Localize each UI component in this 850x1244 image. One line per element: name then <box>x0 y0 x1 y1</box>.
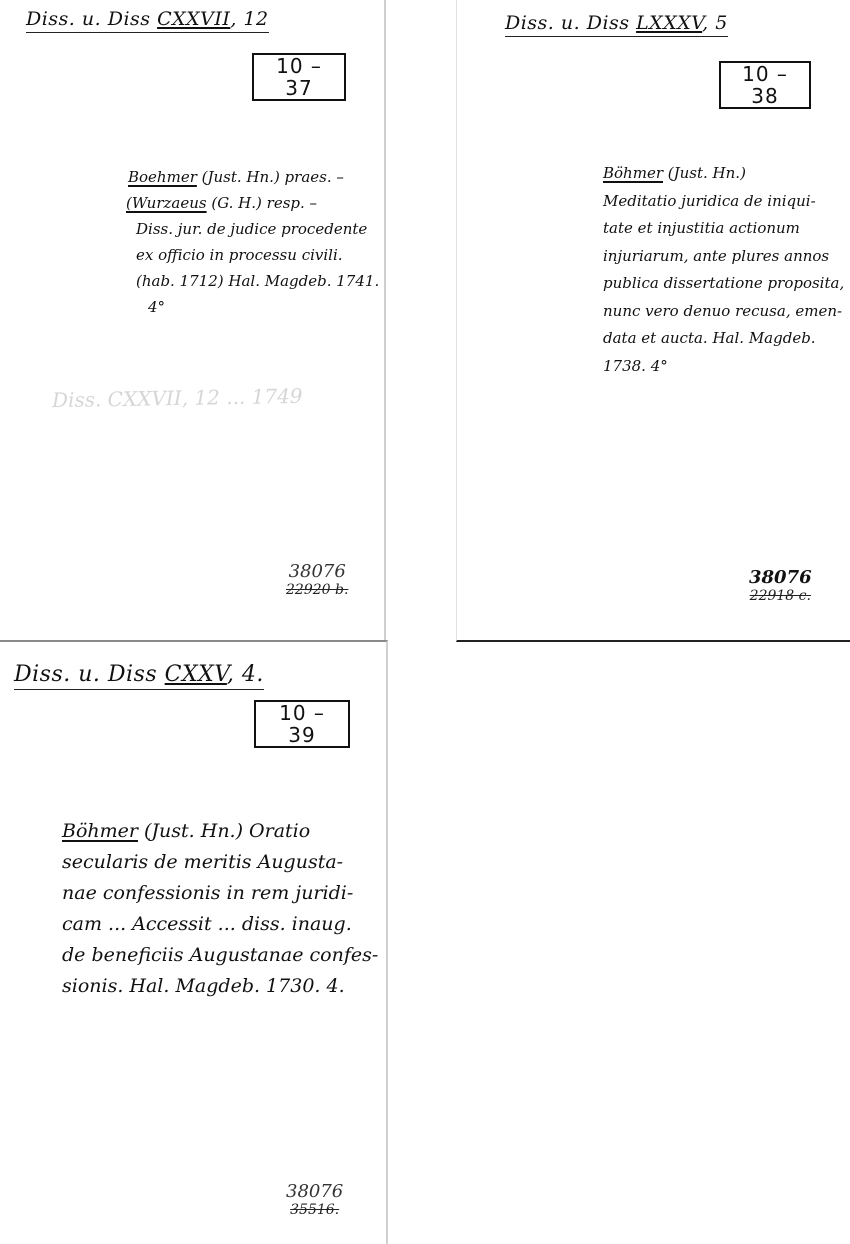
entry-line: Diss. jur. de judice procedente <box>136 216 379 242</box>
entry-line: Böhmer (Just. Hn.) Oratio <box>62 816 378 847</box>
entry-line: 4° <box>148 294 379 320</box>
entry-line: Boehmer (Just. Hn.) praes. – <box>128 164 379 190</box>
catalog-entry: Böhmer (Just. Hn.) Oratio secularis de m… <box>62 816 378 1002</box>
faded-pencil-note: Diss. CXXVII, 12 ... 1749 <box>52 384 303 412</box>
call-number-box: 10 – 38 <box>719 61 811 109</box>
shelfmark-roman-numeral: CXXV <box>165 662 227 687</box>
catalog-card-10-39: Diss. u. Diss CXXV, 4. 10 – 39 Böhmer (J… <box>0 640 388 1244</box>
shelfmark-prefix: Diss. u. Diss <box>14 662 165 687</box>
shelfmark-suffix: , 5 <box>702 12 728 34</box>
entry-text: (Just. Hn.) Oratio <box>138 820 310 842</box>
shelfmark-prefix: Diss. u. Diss <box>26 8 157 30</box>
entry-line: sionis. Hal. Magdeb. 1730. 4. <box>62 971 378 1002</box>
entry-text: (G. H.) resp. – <box>207 194 317 212</box>
accession-numbers: 38076 35516. <box>286 1182 343 1218</box>
accession-number-old: 35516. <box>286 1202 343 1218</box>
shelfmark: Diss. u. Diss CXXVII, 12 <box>26 8 269 33</box>
shelfmark-roman-numeral: CXXVII <box>157 8 230 30</box>
author-name: Böhmer <box>603 164 663 182</box>
shelfmark-suffix: , 4. <box>227 662 264 687</box>
respondent-name: (Wurzaeus <box>126 194 207 212</box>
accession-number-new: 38076 <box>286 1182 343 1202</box>
entry-line: publica dissertatione proposita, <box>603 270 844 298</box>
shelfmark: Diss. u. Diss LXXXV, 5 <box>505 12 728 37</box>
author-name: Boehmer <box>128 168 197 186</box>
shelfmark-prefix: Diss. u. Diss <box>505 12 636 34</box>
accession-number-old: 22920 b. <box>286 582 348 598</box>
entry-text: (Just. Hn.) praes. – <box>197 168 344 186</box>
entry-line: (hab. 1712) Hal. Magdeb. 1741. <box>136 268 379 294</box>
entry-line: 1738. 4° <box>603 353 844 381</box>
call-number-box: 10 – 37 <box>252 53 346 101</box>
accession-numbers: 38076 22920 b. <box>286 562 348 598</box>
accession-number-new: 38076 <box>286 562 348 582</box>
shelfmark-suffix: , 12 <box>230 8 268 30</box>
entry-line: secularis de meritis Augusta- <box>62 847 378 878</box>
shelfmark-roman-numeral: LXXXV <box>636 12 702 34</box>
accession-number-new: 38076 <box>749 568 812 588</box>
entry-line: tate et injustitia actionum <box>603 215 844 243</box>
author-name: Böhmer <box>62 820 138 842</box>
catalog-entry: Böhmer (Just. Hn.) Meditatio juridica de… <box>603 160 844 380</box>
call-number-box: 10 – 39 <box>254 700 350 748</box>
entry-line: (Wurzaeus (G. H.) resp. – <box>126 190 379 216</box>
entry-line: data et aucta. Hal. Magdeb. <box>603 325 844 353</box>
entry-line: injuriarum, ante plures annos <box>603 243 844 271</box>
entry-text: (Just. Hn.) <box>663 164 746 182</box>
entry-line: de beneficiis Augustanae confes- <box>62 940 378 971</box>
entry-line: Meditatio juridica de iniqui- <box>603 188 844 216</box>
entry-line: cam ... Accessit ... diss. inaug. <box>62 909 378 940</box>
accession-number-old: 22918 c. <box>749 588 812 604</box>
shelfmark: Diss. u. Diss CXXV, 4. <box>14 662 264 690</box>
catalog-card-10-38: Diss. u. Diss LXXXV, 5 10 – 38 Böhmer (J… <box>456 0 850 642</box>
entry-line: nae confessionis in rem juridi- <box>62 878 378 909</box>
catalog-entry: Boehmer (Just. Hn.) praes. – (Wurzaeus (… <box>128 164 379 320</box>
entry-line: nunc vero denuo recusa, emen- <box>603 298 844 326</box>
entry-line: ex officio in processu civili. <box>136 242 379 268</box>
catalog-card-10-37: Diss. u. Diss CXXVII, 12 10 – 37 Boehmer… <box>0 0 386 640</box>
accession-numbers: 38076 22918 c. <box>749 568 812 604</box>
entry-line: Böhmer (Just. Hn.) <box>603 160 844 188</box>
